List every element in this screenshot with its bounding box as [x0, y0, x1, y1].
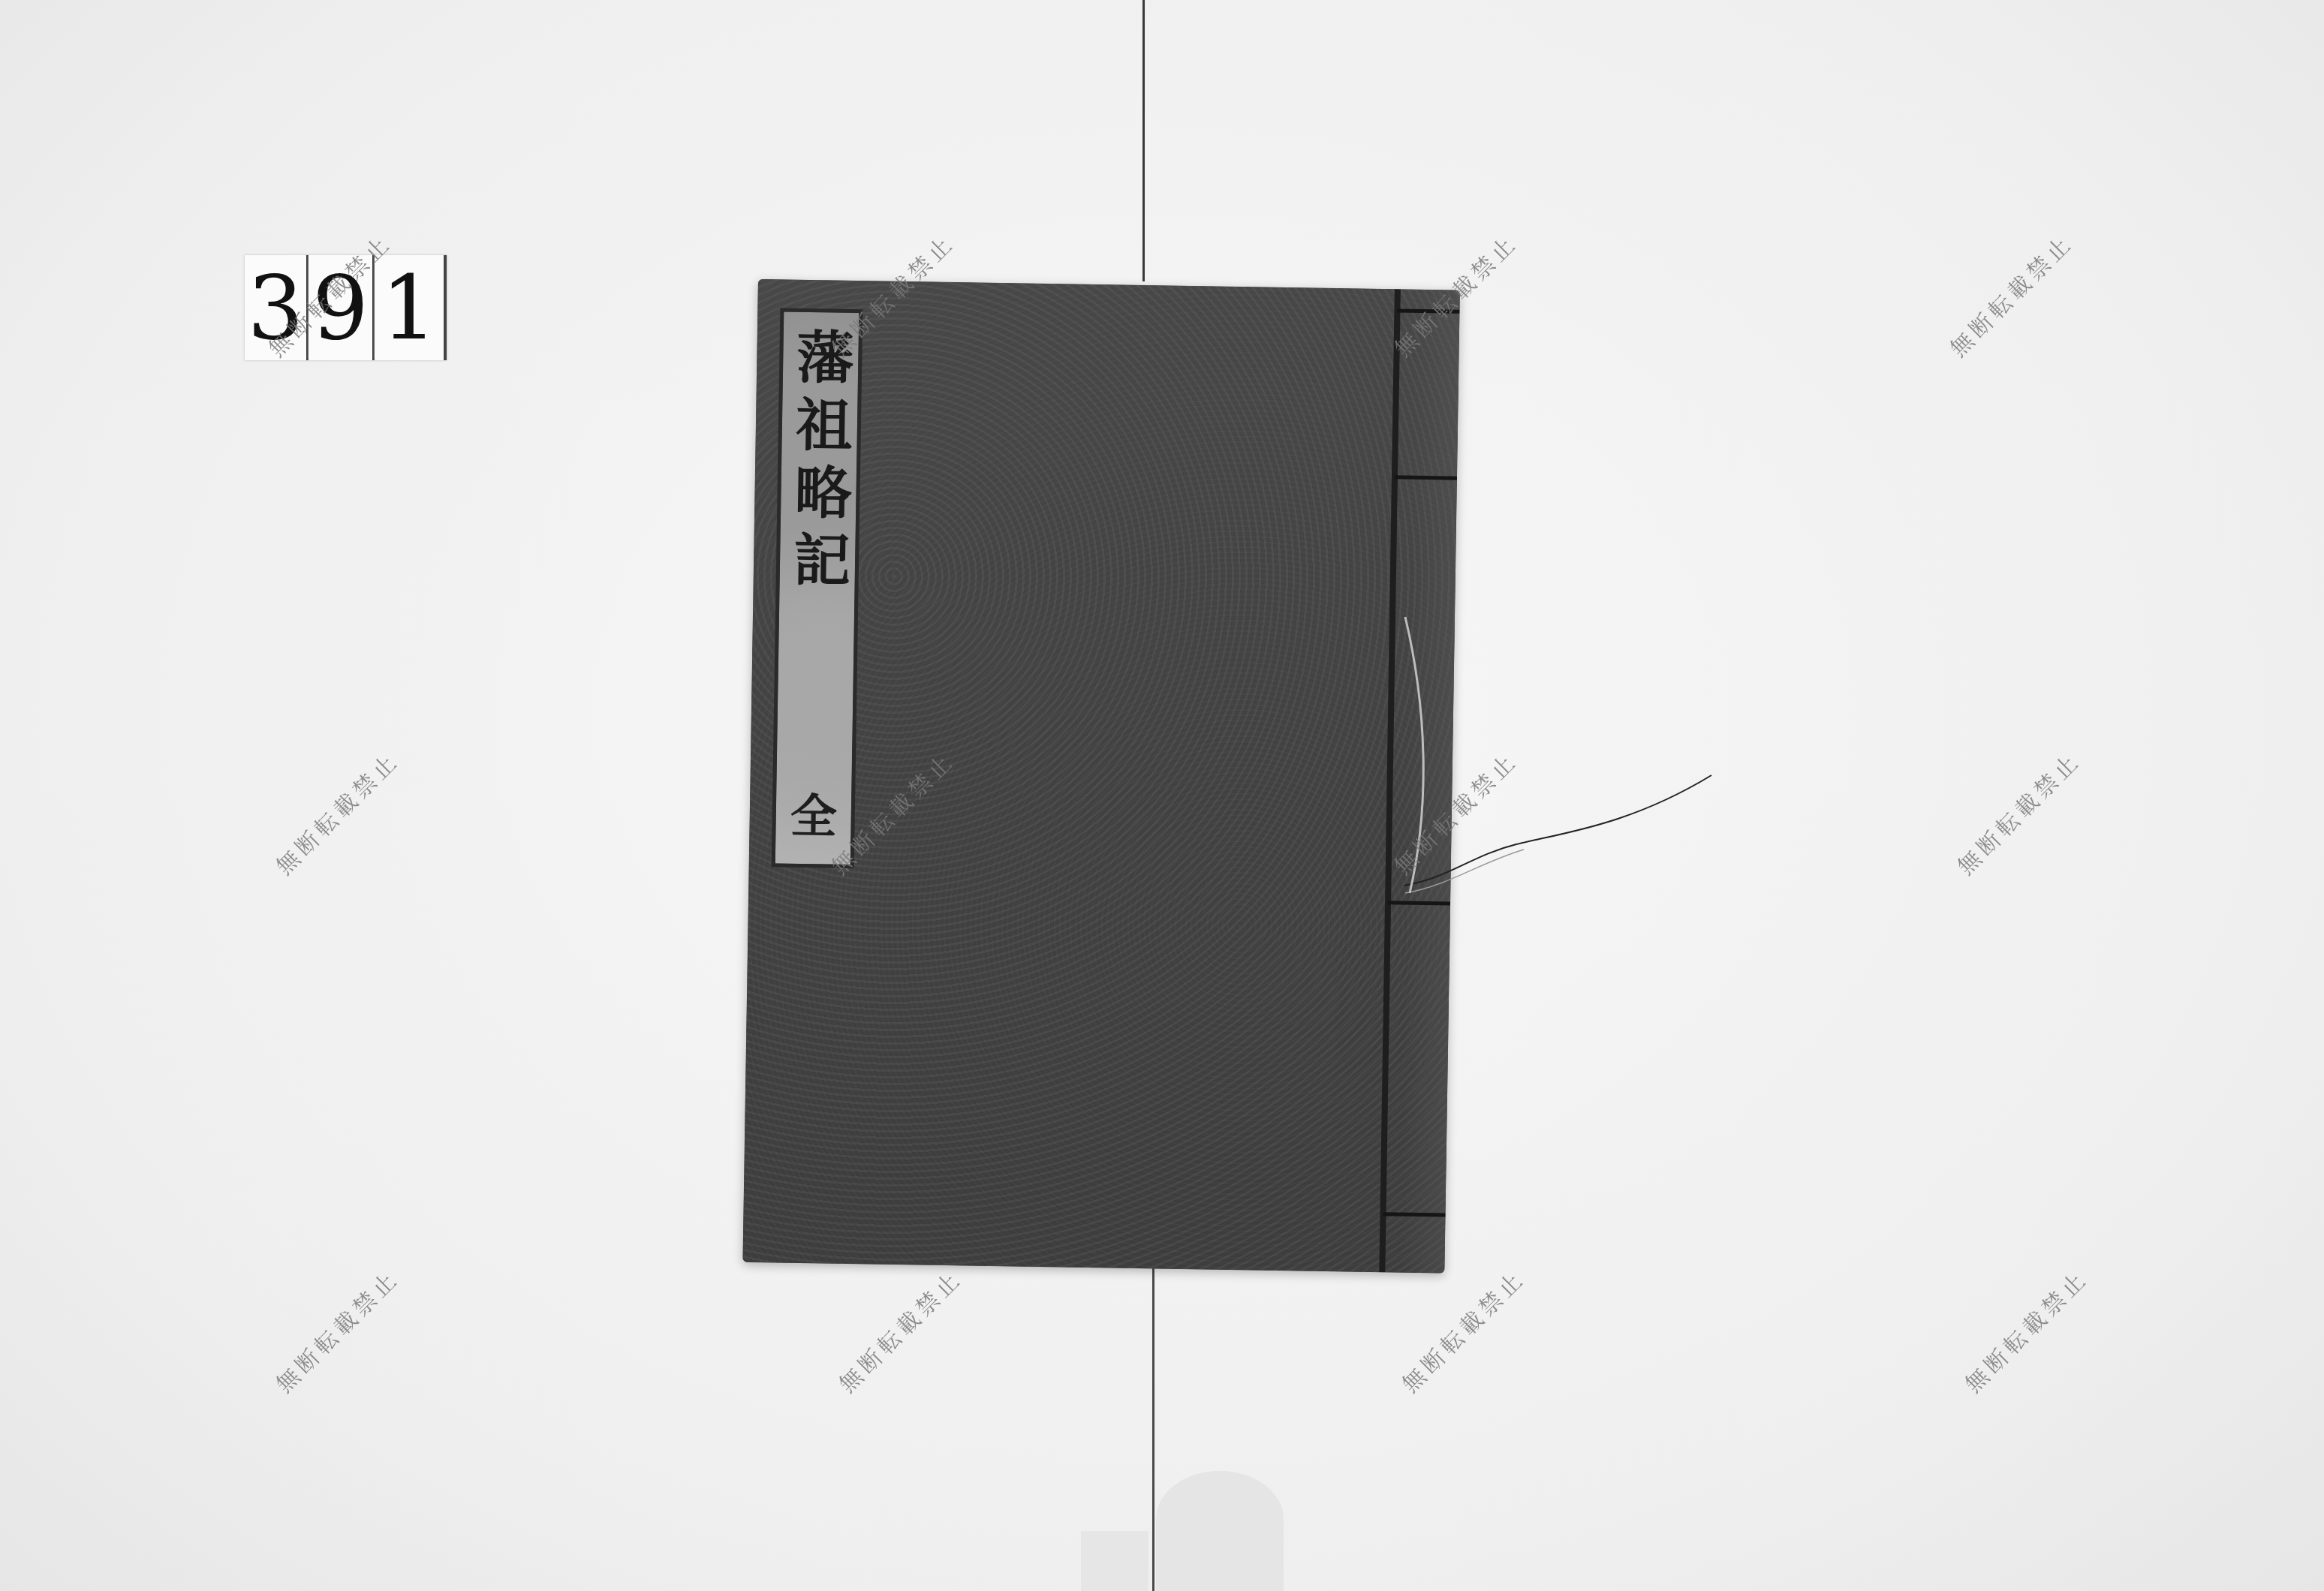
stand-shadow-small	[1081, 1531, 1148, 1591]
stand-shadow	[1156, 1471, 1284, 1591]
center-guide-line-top	[1142, 0, 1145, 281]
book-cover: 藩祖略記 全	[742, 279, 1459, 1274]
call-number-digit: 1	[375, 255, 447, 360]
volume-mark: 全	[775, 778, 851, 847]
center-guide-line-bottom	[1152, 1268, 1154, 1591]
title-slip: 藩祖略記 全	[772, 308, 863, 868]
book-title: 藩祖略記	[776, 326, 862, 598]
